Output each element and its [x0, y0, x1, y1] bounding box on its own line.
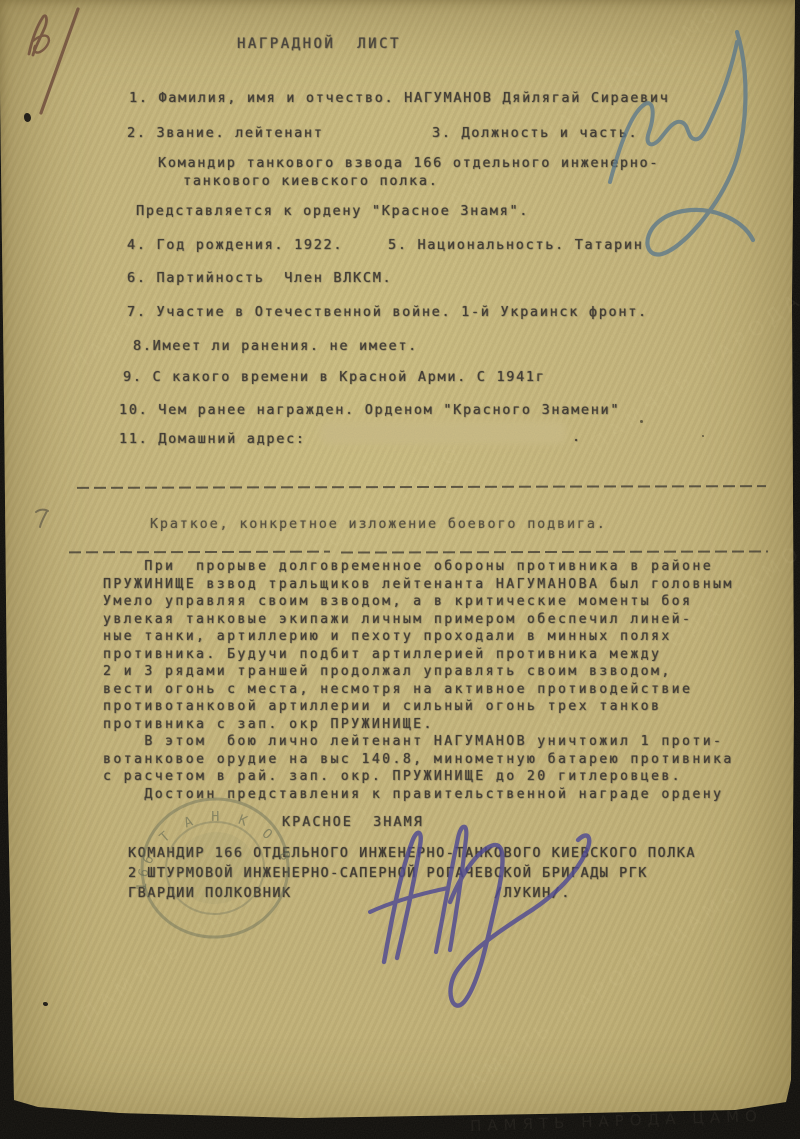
field-previous-awards: 10. Чем ранее награжден. Орденом "Красно… — [119, 402, 620, 418]
address-period: . — [572, 429, 582, 445]
paper-speck — [640, 420, 643, 423]
field-wounds: 8.Имеет ли ранения. не имеет. — [133, 338, 418, 354]
redacted-address-smudge — [322, 423, 564, 442]
field-army-since: 9. С какого времени в Красной Арми. С 19… — [123, 369, 546, 385]
field-birth-year: 4. Год рождения. 1922. — [127, 237, 343, 253]
paper-speck — [24, 113, 31, 122]
field-home-address: 11. Домашний адрес: — [119, 431, 306, 447]
field-nationality: 5. Национальность. Татарин — [388, 237, 644, 253]
document-title: НАГРАДНОЙ ЛИСТ — [237, 36, 401, 52]
field-presented-award: Представляется к ордену "Красное Знамя". — [136, 203, 529, 219]
feat-description-text: При прорыве долговременное обороны проти… — [103, 558, 734, 803]
field-party: 6. Партийность Член ВЛКСМ. — [127, 270, 392, 286]
field-position-line2: танкового киевского полка. — [183, 173, 439, 189]
field-name: 1. Фамилия, имя и отчество. НАГУМАНОВ Дя… — [129, 90, 670, 106]
field-war-participation: 7. Участие в Отечественной войне. 1-й Ук… — [127, 304, 648, 320]
field-position-label: 3. Должность и часть. — [432, 125, 638, 141]
commander-signature-block: КОМАНДИР 166 ОТДЕЛЬНОГО ИНЖЕНЕРНО-ТАНКОВ… — [128, 843, 696, 903]
paper-speck — [702, 435, 704, 437]
field-position-line1: Командир танкового взвода 166 отдельного… — [158, 155, 659, 171]
paper-speck — [43, 1002, 48, 1006]
award-name: КРАСНОЕ ЗНАМЯ — [282, 814, 424, 830]
scanned-award-document: ПАМЯТЬ НАРОДА ЦАМО ПАМЯТЬ НАРОДА ЦАМО ПА… — [0, 0, 800, 1139]
feat-section-heading: Краткое, конкретное изложение боевого по… — [150, 516, 607, 532]
field-rank: 2. Звание. лейтенант — [127, 125, 324, 141]
